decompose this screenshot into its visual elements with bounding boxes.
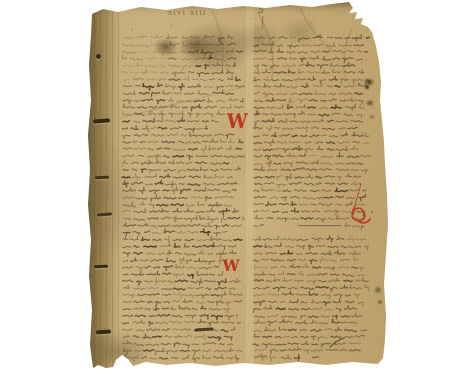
parchment-speck <box>378 48 379 49</box>
manuscript-photo: W W xivi xiii 5 <box>0 0 468 382</box>
parchment-leaf: W W xivi xiii 5 <box>0 0 468 382</box>
edge-vignette <box>0 0 468 382</box>
